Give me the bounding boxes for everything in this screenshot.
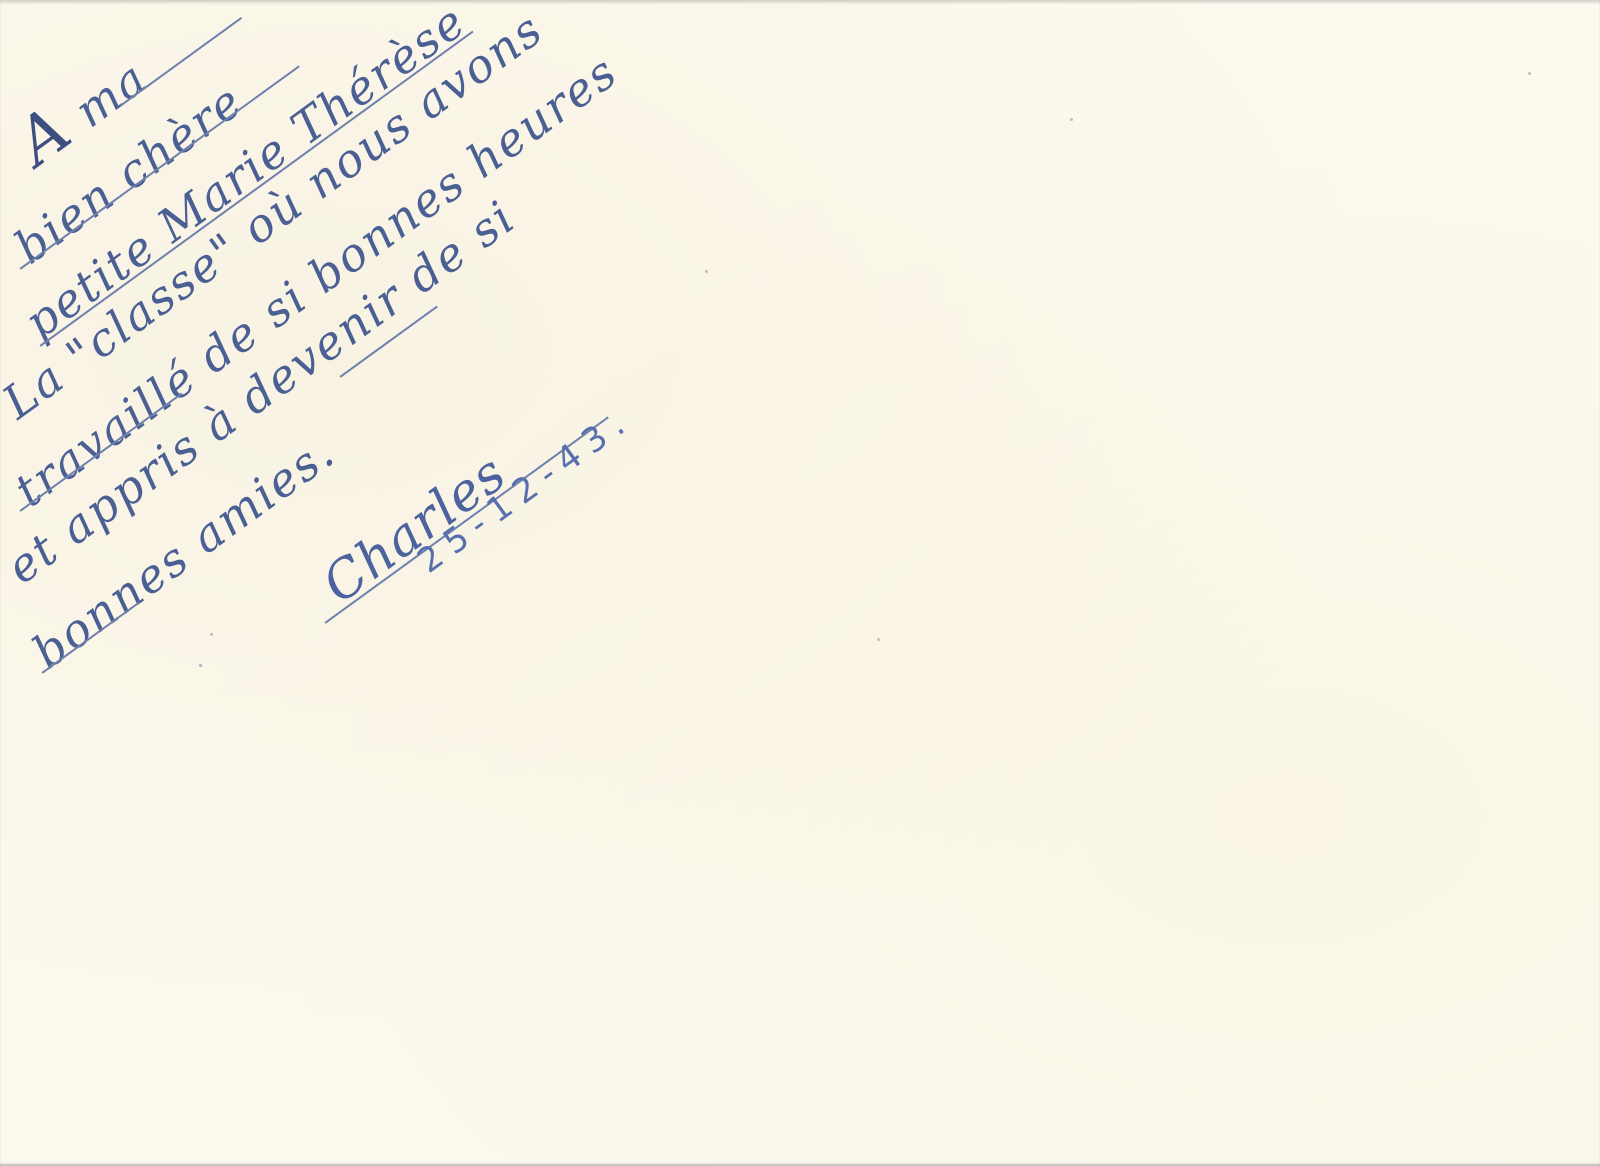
card-back: A ma bien chère petite Marie Thérèse La … [0,0,1600,1166]
paper-speck [199,664,202,667]
paper-speck [877,638,880,641]
paper-speck [705,270,708,273]
paper-speck [1070,118,1073,121]
paper-speck [1528,72,1531,75]
paper-speck [210,633,213,636]
